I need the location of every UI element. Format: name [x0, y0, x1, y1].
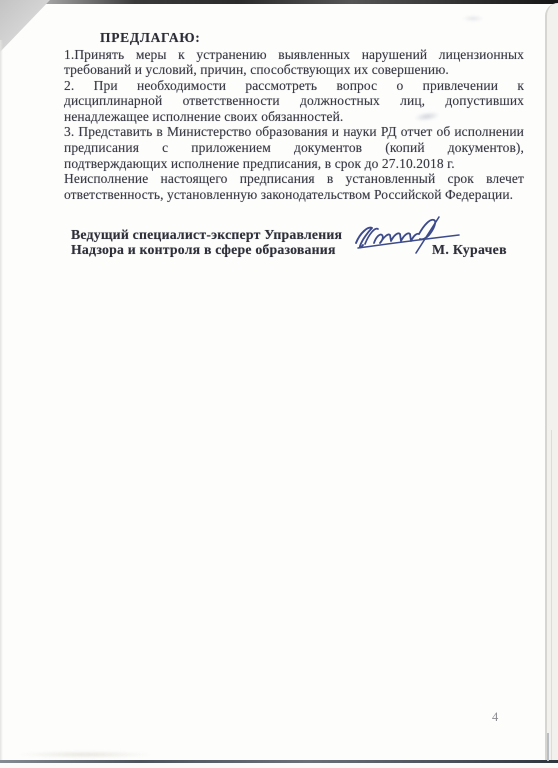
folded-corner [0, 0, 50, 52]
signer-role-line: Надзора и контроля в сфере образования [71, 242, 371, 257]
page-number: 4 [492, 710, 498, 725]
scanned-document-page: ПРЕДЛАГАЮ: 1.Принять меры к устранению в… [0, 0, 558, 768]
doc-line: предписания с приложением документов (ко… [64, 140, 524, 156]
doc-line: дисциплинарной ответственности должностн… [64, 93, 524, 109]
doc-line: 2. При необходимости рассмотреть вопрос … [64, 78, 524, 94]
signer-name: М. Курачев [432, 242, 507, 258]
signer-role: Ведущий специалист-эксперт Управления На… [71, 227, 371, 258]
doc-line: подтверждающих исполнение предписания, в… [64, 156, 524, 172]
document-body: ПРЕДЛАГАЮ: 1.Принять меры к устранению в… [64, 30, 524, 202]
doc-line: ненадлежащее исполнение своих обязанност… [64, 109, 524, 125]
signer-role-line: Ведущий специалист-эксперт Управления [71, 227, 371, 242]
page-left-edge [0, 40, 3, 762]
document-heading: ПРЕДЛАГАЮ: [64, 30, 524, 47]
doc-line: 1.Принять меры к устранению выявленных н… [64, 47, 524, 63]
scanner-bottom-margin [0, 763, 558, 768]
scan-smudge [20, 751, 150, 758]
scan-smudge [462, 15, 484, 22]
page-bottom-right-edge [547, 733, 549, 761]
doc-line: Неисполнение настоящего предписания в ус… [64, 171, 524, 187]
doc-line: ответственность, установленную законодат… [64, 187, 524, 203]
scanner-top-edge [42, 0, 558, 4]
doc-line: требований и условий, причин, способству… [64, 62, 524, 78]
doc-line: 3. Представить в Министерство образовани… [64, 124, 524, 140]
page-right-edge-line [551, 430, 552, 764]
